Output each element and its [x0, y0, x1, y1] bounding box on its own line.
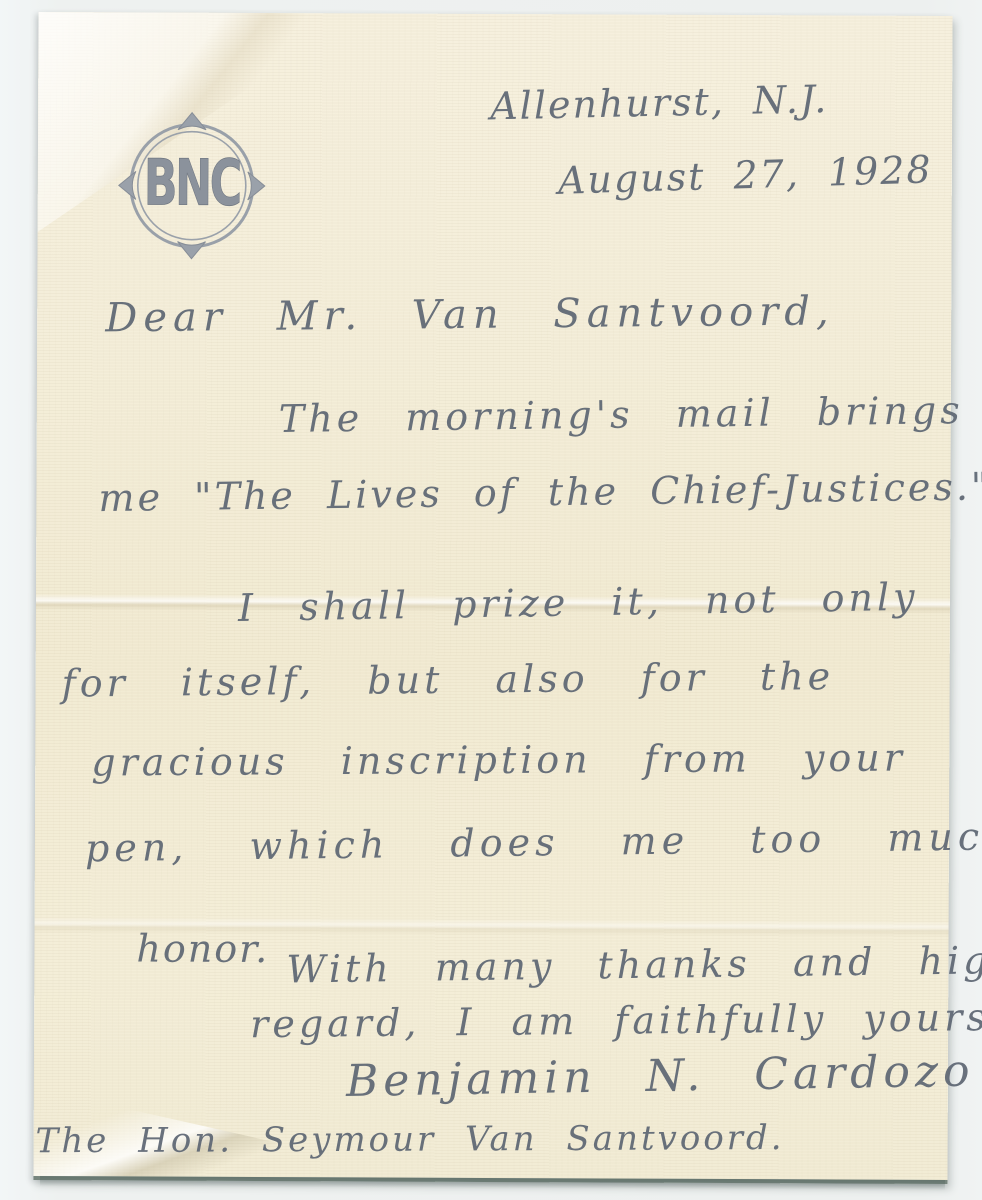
- dateline-place: Allenhurst, N.J.: [490, 77, 829, 128]
- body-line: pen, which does me too much: [85, 814, 982, 870]
- body-line: I shall prize it, not only: [238, 575, 919, 630]
- body-line: With many thanks and high: [286, 938, 982, 992]
- body-line: gracious inscription from your: [91, 736, 906, 785]
- body-line: me "The Lives of the Chief-Justices.": [98, 464, 982, 520]
- monogram-letters: BNC: [144, 145, 240, 220]
- body-line: The morning's mail brings: [279, 388, 964, 441]
- signature: Benjamin N. Cardozo: [346, 1046, 975, 1107]
- salutation: Dear Mr. Van Santvoord,: [105, 288, 835, 341]
- body-line: regard, I am faithfully yours,: [250, 995, 982, 1046]
- body-line: for itself, but also for the: [61, 654, 834, 705]
- addressee-note: The Hon. Seymour Van Santvoord.: [36, 1118, 785, 1161]
- body-line: honor.: [136, 926, 269, 971]
- letter-paper: BNC Allenhurst, N.J. August 27, 1928 Dea…: [33, 12, 952, 1184]
- bnc-monogram: BNC: [116, 110, 267, 261]
- dateline-date: August 27, 1928: [557, 147, 933, 202]
